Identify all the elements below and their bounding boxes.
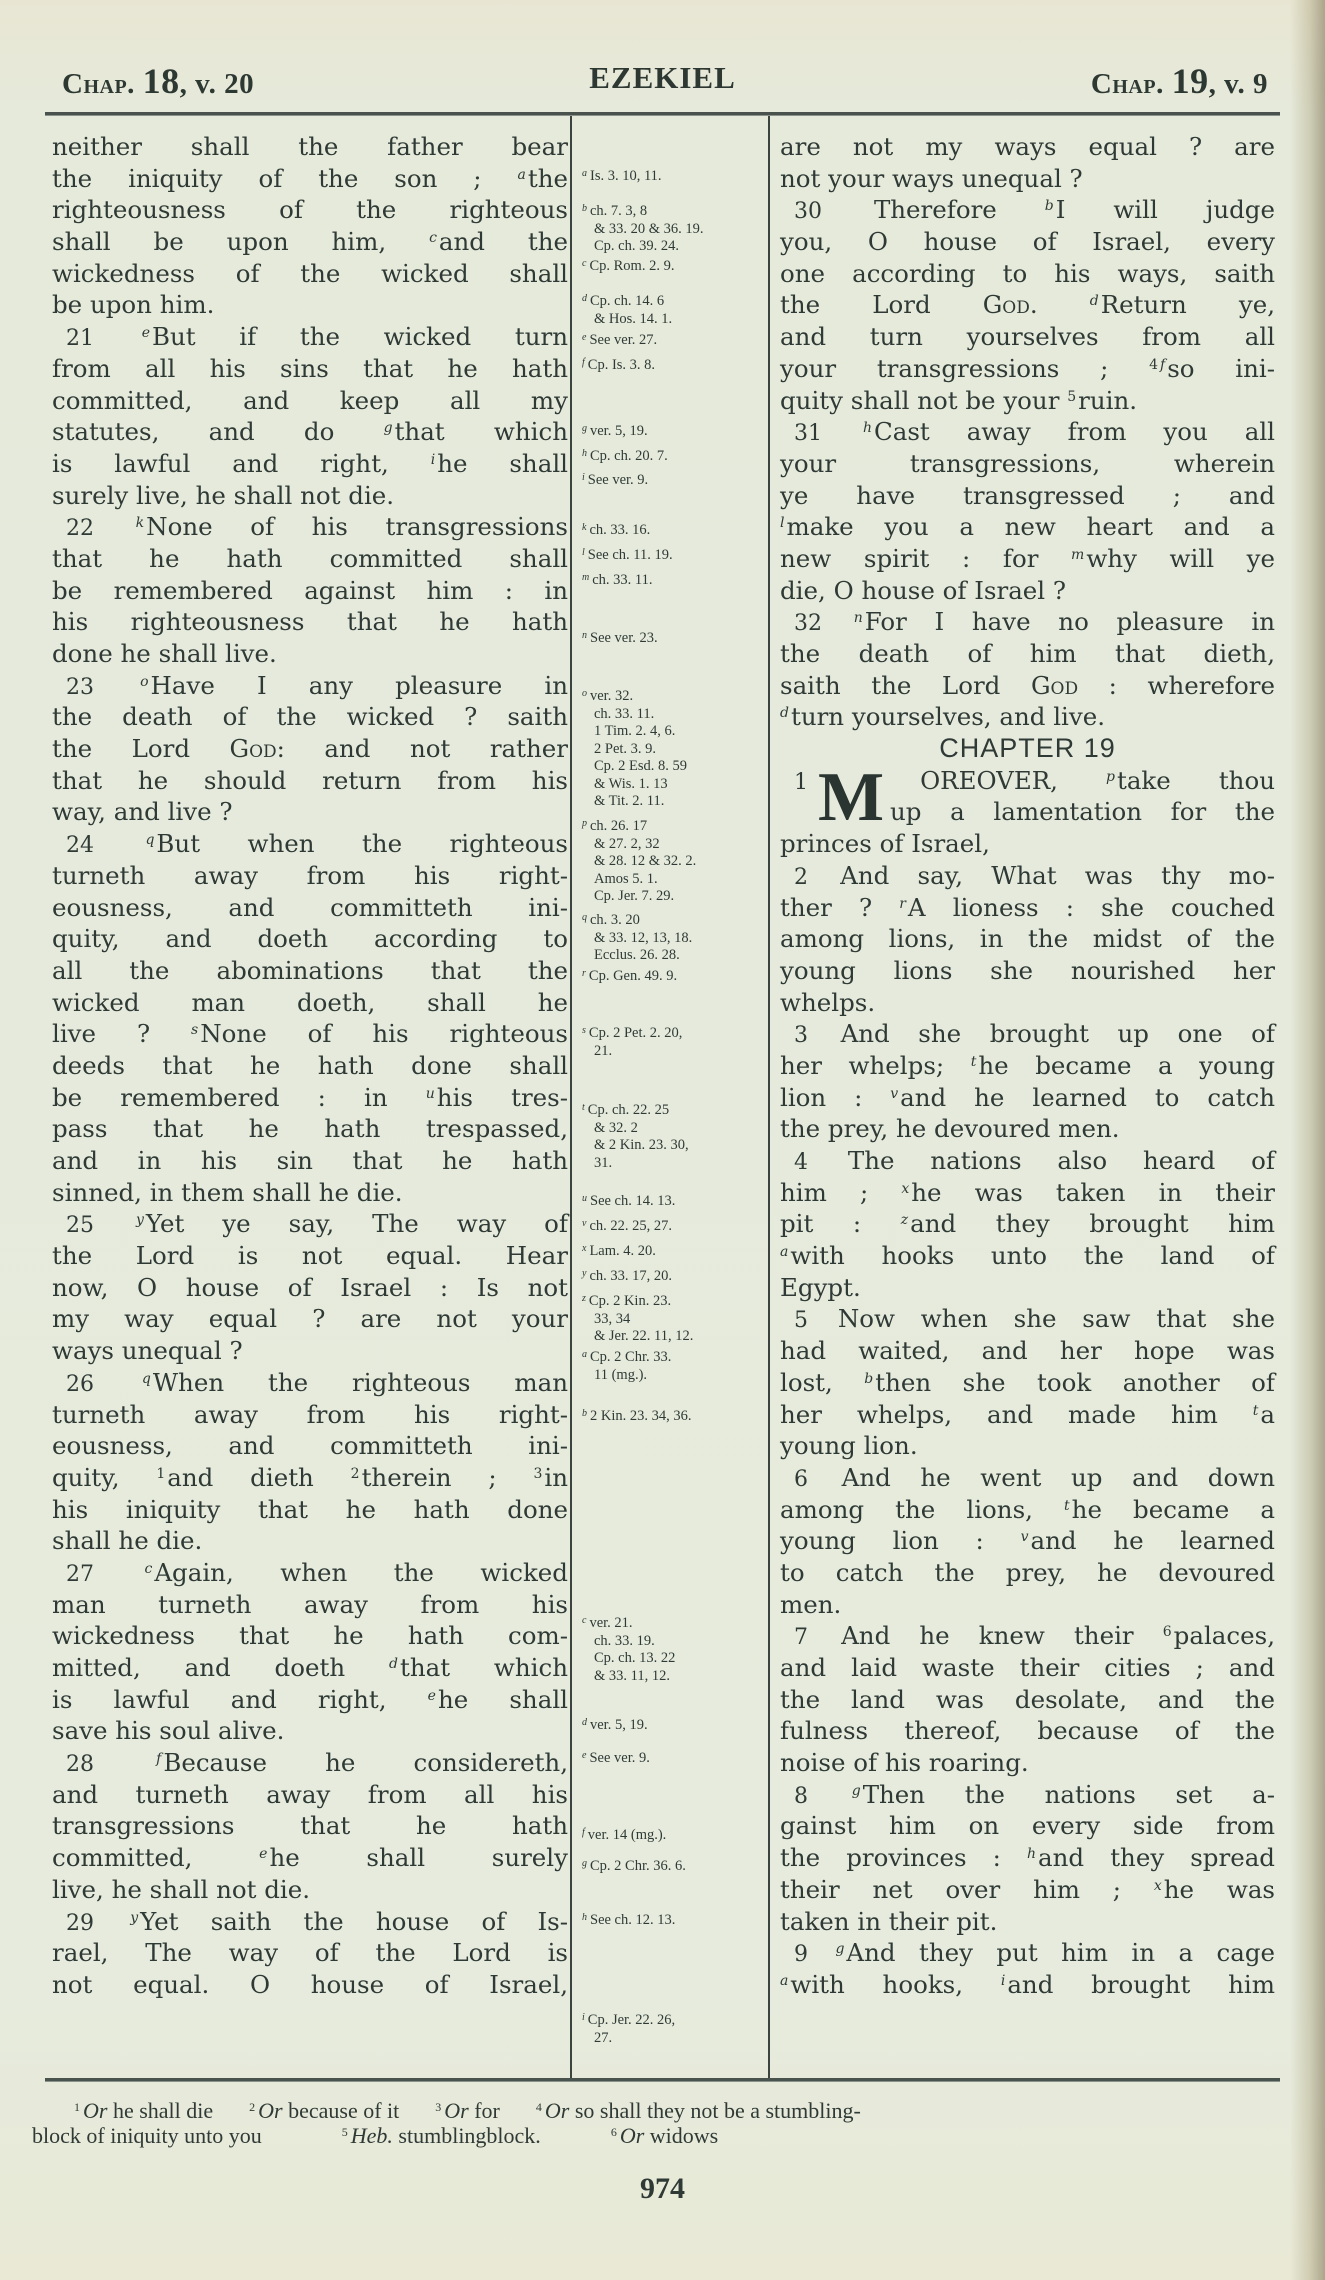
reference-text: ch. 3. 20 bbox=[590, 912, 640, 928]
verse-text: that which bbox=[395, 417, 568, 446]
verse-text: quity shall not be your bbox=[780, 386, 1067, 415]
reference-marker: g bbox=[384, 420, 393, 436]
reference-line: & 33. 12, 13, 18. bbox=[582, 930, 764, 948]
text-line: ways unequal ? bbox=[52, 1335, 568, 1367]
text-line: gainst him on every side from bbox=[780, 1810, 1275, 1842]
text-line: 21 eBut if the wicked turn bbox=[52, 321, 568, 353]
text-line: turneth away from his right- bbox=[52, 1399, 568, 1431]
text-line: turneth away from his right- bbox=[52, 860, 568, 892]
verse-number: 30 bbox=[794, 199, 822, 224]
verse-text: make you a new heart and a bbox=[786, 512, 1275, 541]
verse-number: 5 bbox=[794, 1308, 808, 1333]
text-line: awith hooks, iand brought him bbox=[780, 1969, 1275, 2001]
verse-text: Again, when the wicked bbox=[154, 1558, 568, 1587]
text-line: their net over him ; xhe was bbox=[780, 1874, 1275, 1906]
reference-marker: x bbox=[582, 1243, 586, 1254]
verse-text: noise of his roaring. bbox=[780, 1748, 1029, 1777]
footnote: 5Heb. stumblingblock. bbox=[342, 2123, 541, 2148]
text-line: 25 yYet ye say, The way of bbox=[52, 1208, 568, 1240]
reference-marker: c bbox=[429, 230, 437, 246]
cross-reference: iSee ver. 9. bbox=[582, 472, 764, 490]
reference-marker: v bbox=[1021, 1529, 1029, 1545]
reference-line: lSee ch. 11. 19. bbox=[582, 547, 764, 565]
verse-text: and he learned bbox=[1031, 1526, 1276, 1555]
reference-line: ch. 33. 11. bbox=[582, 706, 764, 724]
reference-marker: c bbox=[582, 258, 586, 269]
text-line: all the abominations that the bbox=[52, 955, 568, 987]
reference-text: Cp. 2 Chr. 33. bbox=[590, 1349, 671, 1365]
text-line: that he hath committed shall bbox=[52, 543, 568, 575]
footnote: 4Or so shall they not be a stumbling- bbox=[536, 2098, 861, 2123]
reference-marker: n bbox=[854, 610, 863, 626]
verse-text: Therefore bbox=[874, 195, 1045, 224]
reference-line: cver. 21. bbox=[582, 1615, 764, 1633]
verse-text: he became a young bbox=[978, 1051, 1275, 1080]
reference-line: eSee ver. 9. bbox=[582, 1750, 764, 1768]
verse-text: is lawful and right, bbox=[52, 1685, 428, 1714]
text-column-right: are not my ways equal ? arenot your ways… bbox=[780, 131, 1275, 2001]
reference-marker: g bbox=[582, 1858, 587, 1869]
verse-text: is lawful and right, bbox=[52, 449, 431, 478]
text-line: to catch the prey, he devoured bbox=[780, 1557, 1275, 1589]
text-line: the land was desolate, and the bbox=[780, 1684, 1275, 1716]
cross-reference: fver. 14 (mg.). bbox=[582, 1827, 764, 1845]
column-divider-left bbox=[570, 116, 572, 2078]
text-line: eousness, and committeth ini- bbox=[52, 892, 568, 924]
reference-line: & Jer. 22. 11, 12. bbox=[582, 1328, 764, 1346]
text-line: awith hooks unto the land of bbox=[780, 1240, 1275, 1272]
reference-text: 2 Pet. 3. 9. bbox=[594, 741, 656, 757]
reference-line: Cp. ch. 39. 24. bbox=[582, 238, 764, 256]
reference-line: Cp. ch. 13. 22 bbox=[582, 1650, 764, 1668]
verse-number: 24 bbox=[66, 833, 94, 858]
verse-text: and he learned to catch bbox=[900, 1083, 1275, 1112]
verse-text: not your ways unequal ? bbox=[780, 164, 1083, 193]
text-line: way, and live ? bbox=[52, 796, 568, 828]
chap-label: Chap. bbox=[1091, 68, 1164, 100]
reference-line: & 27. 2, 32 bbox=[582, 836, 764, 854]
verse-text: the Lord is not equal. Hear bbox=[52, 1241, 568, 1270]
reference-marker: t bbox=[1064, 1498, 1070, 1514]
text-line: taken in their pit. bbox=[780, 1906, 1275, 1938]
verse-text: the death of the wicked ? saith bbox=[52, 702, 568, 731]
reference-marker: d bbox=[582, 1717, 587, 1728]
reference-text: ch. 22. 25, 27. bbox=[589, 1218, 672, 1234]
verse-number: 6 bbox=[794, 1467, 808, 1492]
verse-text: I will judge bbox=[1056, 195, 1275, 224]
text-line: among the lions, the became a bbox=[780, 1494, 1275, 1526]
verse-text: Now when she saw that she bbox=[838, 1304, 1275, 1333]
verse-text: are not my ways equal ? are bbox=[780, 132, 1275, 161]
reference-line: bch. 7. 3, 8 bbox=[582, 203, 764, 221]
header-right-reference: Chap. 19, v. 9 bbox=[1091, 60, 1268, 102]
verse-number: 2 bbox=[794, 865, 808, 890]
verse-text: he shall bbox=[438, 1685, 568, 1714]
cross-reference: tCp. ch. 22. 25& 32. 2& 2 Kin. 23. 30,31… bbox=[582, 1102, 764, 1172]
reference-line: kch. 33. 16. bbox=[582, 522, 764, 540]
text-line: man turneth away from his bbox=[52, 1589, 568, 1621]
verse-text: way, and live ? bbox=[52, 797, 233, 826]
verse-text: Then the nations set a- bbox=[863, 1780, 1275, 1809]
reference-marker: a bbox=[582, 168, 587, 179]
reference-marker: a bbox=[582, 1349, 587, 1360]
reference-text: Cp. ch. 22. 25 bbox=[588, 1102, 669, 1118]
reference-text: Cp. ch. 20. 7. bbox=[590, 448, 668, 464]
reference-text: & 33. 20 & 36. 19. bbox=[594, 221, 704, 237]
text-line: 7 And he knew their 6palaces, bbox=[780, 1620, 1275, 1652]
text-line: statutes, and do gthat which bbox=[52, 416, 568, 448]
verse-text: saith the Lord bbox=[780, 671, 1031, 700]
text-line: quity shall not be your 5ruin. bbox=[780, 385, 1275, 417]
text-line: lmake you a new heart and a bbox=[780, 511, 1275, 543]
reference-marker: c bbox=[145, 1561, 153, 1577]
text-line: shall be upon him, cand the bbox=[52, 226, 568, 258]
verse-text: ye have transgressed ; and bbox=[780, 481, 1275, 510]
footnote-label: Or bbox=[620, 2123, 644, 2148]
reference-text: 11 (mg.). bbox=[594, 1367, 647, 1383]
verse-number: 1 bbox=[794, 770, 808, 795]
reference-marker: z bbox=[901, 1212, 908, 1228]
verse-text: Yet ye say, The way of bbox=[146, 1209, 568, 1238]
verse-number: 3 bbox=[794, 1023, 808, 1048]
verse-text: And they put him in a cage bbox=[846, 1938, 1275, 1967]
verse-number: 27 bbox=[66, 1562, 94, 1587]
cross-reference: nSee ver. 23. bbox=[582, 630, 764, 648]
reference-text: See ch. 11. 19. bbox=[588, 547, 673, 563]
verse-text: his righteousness that he hath bbox=[52, 607, 568, 636]
reference-marker: o bbox=[140, 674, 148, 690]
reference-marker: y bbox=[130, 1910, 138, 1926]
verse-text: ruin. bbox=[1078, 386, 1137, 415]
reference-line: hSee ch. 12. 13. bbox=[582, 1912, 764, 1930]
reference-line: gver. 5, 19. bbox=[582, 423, 764, 441]
text-line: his righteousness that he hath bbox=[52, 606, 568, 638]
text-line: quity, and doeth according to bbox=[52, 923, 568, 955]
reference-line: 33, 34 bbox=[582, 1311, 764, 1329]
reference-text: ver. 5, 19. bbox=[590, 423, 648, 439]
verse-text: turneth away from his right- bbox=[52, 1400, 568, 1429]
reference-marker: k bbox=[136, 515, 144, 531]
reference-text: Cp. Gen. 49. 9. bbox=[589, 968, 677, 984]
footnote-label: Or bbox=[258, 2098, 282, 2123]
text-line: committed, and keep all my bbox=[52, 385, 568, 417]
reference-text: & 33. 12, 13, 18. bbox=[594, 930, 692, 946]
reference-text: ch. 26. 17 bbox=[590, 818, 647, 834]
footnote-marker: 4 bbox=[1149, 357, 1158, 373]
text-line: 3 And she brought up one of bbox=[780, 1018, 1275, 1050]
reference-marker: n bbox=[582, 630, 587, 641]
reference-line: & 2 Kin. 23. 30, bbox=[582, 1137, 764, 1155]
reference-line: aIs. 3. 10, 11. bbox=[582, 168, 764, 186]
verse-text: then she took another of bbox=[875, 1368, 1275, 1397]
text-line: and laid waste their cities ; and bbox=[780, 1652, 1275, 1684]
verse-text: the Lord bbox=[780, 290, 983, 319]
text-line: be remembered : in uhis tres- bbox=[52, 1082, 568, 1114]
page-number: 974 bbox=[0, 2172, 1325, 2206]
reference-text: ver. 14 (mg.). bbox=[588, 1827, 667, 1843]
reference-marker: q bbox=[145, 832, 154, 848]
text-line: deeds that he hath done shall bbox=[52, 1050, 568, 1082]
text-line: from all his sins that he hath bbox=[52, 353, 568, 385]
verse-text: gainst him on every side from bbox=[780, 1811, 1275, 1840]
verse-text: But when the righteous bbox=[156, 829, 568, 858]
reference-text: See ch. 14. 13. bbox=[590, 1193, 675, 1209]
reference-line: dCp. ch. 14. 6 bbox=[582, 293, 764, 311]
verse-number: 31 bbox=[794, 421, 822, 446]
verse-text: he shall surely bbox=[269, 1843, 568, 1872]
text-line: one according to his ways, saith bbox=[780, 258, 1275, 290]
verse-text: and turneth away from all his bbox=[52, 1780, 568, 1809]
reference-marker: m bbox=[582, 572, 589, 583]
text-line: 26 qWhen the righteous man bbox=[52, 1367, 568, 1399]
cross-reference: fCp. Is. 3. 8. bbox=[582, 357, 764, 375]
text-line: not your ways unequal ? bbox=[780, 163, 1275, 195]
cross-reference: dver. 5, 19. bbox=[582, 1717, 764, 1735]
verse-text: The nations also heard of bbox=[848, 1146, 1275, 1175]
text-line: wickedness that he hath com- bbox=[52, 1620, 568, 1652]
text-line: fulness thereof, because of the bbox=[780, 1715, 1275, 1747]
verse-text: young lion. bbox=[780, 1431, 918, 1460]
reference-text: Cp. Is. 3. 8. bbox=[588, 357, 655, 373]
reference-marker: h bbox=[582, 1912, 587, 1923]
text-line: 31 hCast away from you all bbox=[780, 416, 1275, 448]
text-line: Egypt. bbox=[780, 1272, 1275, 1304]
verse-text: shall be upon him, bbox=[52, 227, 429, 256]
text-line: 23 oHave I any pleasure in bbox=[52, 670, 568, 702]
verse-text: live ? bbox=[52, 1019, 191, 1048]
reference-marker: p bbox=[582, 818, 587, 829]
verse-text: had waited, and her hope was bbox=[780, 1336, 1275, 1365]
verse-text: his iniquity that he hath done bbox=[52, 1495, 568, 1524]
verse-text: deeds that he hath done shall bbox=[52, 1051, 568, 1080]
text-line: are not my ways equal ? are bbox=[780, 131, 1275, 163]
verse-text: the death of him that dieth, bbox=[780, 639, 1275, 668]
verse-text: her whelps; bbox=[780, 1051, 971, 1080]
reference-marker: y bbox=[136, 1212, 144, 1228]
reference-line: over. 32. bbox=[582, 688, 764, 706]
reference-marker: e bbox=[428, 1688, 436, 1704]
reference-line: iSee ver. 9. bbox=[582, 472, 764, 490]
verse-number: 4 bbox=[794, 1150, 808, 1175]
reference-marker: e bbox=[259, 1846, 267, 1862]
reference-marker: y bbox=[582, 1268, 586, 1279]
reference-line: 31. bbox=[582, 1155, 764, 1173]
reference-text: ver. 21. bbox=[589, 1615, 632, 1631]
footnote: 1Or he shall die bbox=[74, 2098, 213, 2123]
reference-marker: l bbox=[780, 515, 784, 531]
cross-reference: cCp. Rom. 2. 9. bbox=[582, 258, 764, 276]
text-line: mitted, and doeth dthat which bbox=[52, 1652, 568, 1684]
reference-text: & Wis. 1. 13 bbox=[594, 776, 668, 792]
cross-reference: aIs. 3. 10, 11. bbox=[582, 168, 764, 186]
text-line: saith the Lord God : wherefore bbox=[780, 670, 1275, 702]
reference-line: fCp. Is. 3. 8. bbox=[582, 357, 764, 375]
verse-text: save his soul alive. bbox=[52, 1716, 284, 1745]
text-line: noise of his roaring. bbox=[780, 1747, 1275, 1779]
reference-line: Cp. 2 Esd. 8. 59 bbox=[582, 758, 764, 776]
verse-text: the prey, he devoured men. bbox=[780, 1114, 1120, 1143]
reference-marker: g bbox=[582, 423, 587, 434]
verse-text: ther ? bbox=[780, 893, 899, 922]
reference-text: & 28. 12 & 32. 2. bbox=[594, 853, 696, 869]
text-line: the prey, he devoured men. bbox=[780, 1113, 1275, 1145]
reference-text: & Hos. 14. 1. bbox=[594, 311, 672, 327]
verse-text: your transgressions ; bbox=[780, 354, 1149, 383]
footer-rule bbox=[45, 2078, 1280, 2082]
text-line: is lawful and right, ehe shall bbox=[52, 1684, 568, 1716]
verse-text: him ; bbox=[780, 1178, 901, 1207]
reference-line: vch. 22. 25, 27. bbox=[582, 1218, 764, 1236]
text-line: done he shall live. bbox=[52, 638, 568, 670]
verse-number: 8 bbox=[794, 1784, 808, 1809]
text-line: 2 And say, What was thy mo- bbox=[780, 860, 1275, 892]
verse-text: pit : bbox=[780, 1209, 901, 1238]
text-line: lost, bthen she took another of bbox=[780, 1367, 1275, 1399]
reference-line: b2 Kin. 23. 34, 36. bbox=[582, 1408, 764, 1426]
text-line: your transgressions ; 4fso ini- bbox=[780, 353, 1275, 385]
reference-text: See ver. 9. bbox=[588, 472, 648, 488]
verse-text: the provinces : bbox=[780, 1843, 1027, 1872]
reference-line: Amos 5. 1. bbox=[582, 871, 764, 889]
text-line: shall he die. bbox=[52, 1525, 568, 1557]
reference-marker: z bbox=[582, 1293, 586, 1304]
verse-text: not equal. O house of Israel, bbox=[52, 1970, 568, 1999]
cross-reference: kch. 33. 16. bbox=[582, 522, 764, 540]
verse-text: A lioness : she couched bbox=[908, 893, 1275, 922]
text-line: save his soul alive. bbox=[52, 1715, 568, 1747]
text-line: committed, ehe shall surely bbox=[52, 1842, 568, 1874]
reference-line: 1 Tim. 2. 4, 6. bbox=[582, 723, 764, 741]
text-line: and turneth away from all his bbox=[52, 1779, 568, 1811]
verse-text: men. bbox=[780, 1590, 841, 1619]
verse-text: When the righteous man bbox=[153, 1368, 568, 1397]
reference-text: ch. 33. 11. bbox=[594, 706, 654, 722]
verse-text: my way equal ? are not your bbox=[52, 1304, 568, 1333]
reference-text: ver. 5, 19. bbox=[590, 1717, 648, 1733]
verse-text: Return ye, bbox=[1101, 290, 1275, 319]
footnote-text: for bbox=[474, 2098, 500, 2123]
cross-reference: eSee ver. 9. bbox=[582, 1750, 764, 1768]
text-line: her whelps; the became a young bbox=[780, 1050, 1275, 1082]
footnote-number: 6 bbox=[611, 2125, 617, 2139]
reference-text: See ver. 27. bbox=[589, 332, 657, 348]
footnote-label: Heb. bbox=[351, 2123, 393, 2148]
text-line: be remembered against him : in bbox=[52, 575, 568, 607]
verse-text: up a lamentation for the bbox=[890, 797, 1275, 826]
reference-text: Cp. Jer. 7. 29. bbox=[594, 888, 674, 904]
text-line: 24 qBut when the righteous bbox=[52, 828, 568, 860]
cross-reference: lSee ch. 11. 19. bbox=[582, 547, 764, 565]
text-line: now, O house of Israel : Is not bbox=[52, 1272, 568, 1304]
reference-marker: u bbox=[582, 1193, 587, 1204]
cross-reference: sCp. 2 Pet. 2. 20,21. bbox=[582, 1025, 764, 1060]
reference-text: Lam. 4. 20. bbox=[589, 1243, 655, 1259]
verse-text: And say, What was thy mo- bbox=[840, 861, 1275, 890]
reference-marker: q bbox=[142, 1371, 151, 1387]
reference-text: & 32. 2 bbox=[594, 1120, 638, 1136]
footnote-number: 1 bbox=[74, 2100, 80, 2114]
verse-text: : wherefore bbox=[1078, 671, 1275, 700]
reference-text: See ver. 23. bbox=[590, 630, 658, 646]
verse-text: wicked man doeth, shall he bbox=[52, 988, 568, 1017]
reference-marker: i bbox=[1001, 1973, 1005, 1989]
cross-reference: b2 Kin. 23. 34, 36. bbox=[582, 1408, 764, 1426]
verse-text: young lion : bbox=[780, 1526, 1021, 1555]
footnote-line: block of iniquity unto you5Heb. stumblin… bbox=[32, 2123, 1282, 2148]
cross-reference: eSee ver. 27. bbox=[582, 332, 764, 350]
footnote-label: Or bbox=[444, 2098, 468, 2123]
reference-line: ch. 33. 19. bbox=[582, 1633, 764, 1651]
footnote-number: 2 bbox=[249, 2100, 255, 2114]
verse-text: and the bbox=[439, 227, 568, 256]
cross-reference: aCp. 2 Chr. 33.11 (mg.). bbox=[582, 1349, 764, 1384]
verse-text: Cast away from you all bbox=[874, 417, 1275, 446]
verse-text: take thou bbox=[1117, 766, 1275, 795]
text-line: the Lord is not equal. Hear bbox=[52, 1240, 568, 1272]
marginal-footnotes: 1Or he shall die2Or because of it3Or for… bbox=[52, 2098, 1282, 2148]
reference-marker: a bbox=[780, 1973, 788, 1989]
verse-text: to catch the prey, he devoured bbox=[780, 1558, 1275, 1587]
reference-text: & Tit. 2. 11. bbox=[594, 793, 664, 809]
verse-text: mitted, and doeth bbox=[52, 1653, 389, 1682]
footnote-text: he shall die bbox=[113, 2098, 213, 2123]
reference-line: Cp. Jer. 7. 29. bbox=[582, 888, 764, 906]
text-line: young lion. bbox=[780, 1430, 1275, 1462]
reference-text: & 33. 11, 12. bbox=[594, 1668, 670, 1684]
text-line: 30 Therefore bI will judge bbox=[780, 194, 1275, 226]
cross-reference: zCp. 2 Kin. 23.33, 34& Jer. 22. 11, 12. bbox=[582, 1293, 764, 1346]
text-line: had waited, and her hope was bbox=[780, 1335, 1275, 1367]
verse-text: new spirit : for bbox=[780, 544, 1071, 573]
verse-text: Egypt. bbox=[780, 1273, 861, 1302]
reference-text: Cp. 2 Kin. 23. bbox=[589, 1293, 671, 1309]
reference-marker: v bbox=[890, 1086, 898, 1102]
reference-marker: b bbox=[582, 203, 587, 214]
reference-text: 2 Kin. 23. 34, 36. bbox=[590, 1408, 692, 1424]
verse-text: the land was desolate, and the bbox=[780, 1685, 1275, 1714]
verse-text: committed, bbox=[52, 1843, 259, 1872]
reference-marker: s bbox=[191, 1022, 198, 1038]
verse-text: ways unequal ? bbox=[52, 1336, 243, 1365]
verse-number: 7 bbox=[794, 1625, 808, 1650]
verse-text: wickedness that he hath com- bbox=[52, 1621, 568, 1650]
cross-reference: gCp. 2 Chr. 36. 6. bbox=[582, 1858, 764, 1876]
text-line: the death of him that dieth, bbox=[780, 638, 1275, 670]
reference-marker: h bbox=[863, 420, 872, 436]
text-line: and in his sin that he hath bbox=[52, 1145, 568, 1177]
text-line: 22 kNone of his transgressions bbox=[52, 511, 568, 543]
verse-number: 23 bbox=[66, 675, 94, 700]
verse-text: eousness, and committeth ini- bbox=[52, 1431, 568, 1460]
verse-text: eousness, and committeth ini- bbox=[52, 893, 568, 922]
verse-text: a bbox=[1260, 1400, 1275, 1429]
small-caps-word: God bbox=[230, 734, 277, 763]
verse-text: OREOVER, bbox=[920, 766, 1106, 795]
reference-line: qch. 3. 20 bbox=[582, 912, 764, 930]
text-line: the provinces : hand they spread bbox=[780, 1842, 1275, 1874]
text-line: whelps. bbox=[780, 987, 1275, 1019]
text-line: transgressions that he hath bbox=[52, 1810, 568, 1842]
reference-line: uSee ch. 14. 13. bbox=[582, 1193, 764, 1211]
verse-text: among the lions, bbox=[780, 1495, 1064, 1524]
reference-line: & 32. 2 bbox=[582, 1120, 764, 1138]
footnote-label: Or bbox=[83, 2098, 107, 2123]
verse-text: that he hath committed shall bbox=[52, 544, 568, 573]
verse-text: all the abominations that the bbox=[52, 956, 568, 985]
reference-line: 11 (mg.). bbox=[582, 1367, 764, 1385]
cross-reference: cver. 21.ch. 33. 19.Cp. ch. 13. 22& 33. … bbox=[582, 1615, 764, 1685]
verse-text: young lions she nourished her bbox=[780, 956, 1275, 985]
